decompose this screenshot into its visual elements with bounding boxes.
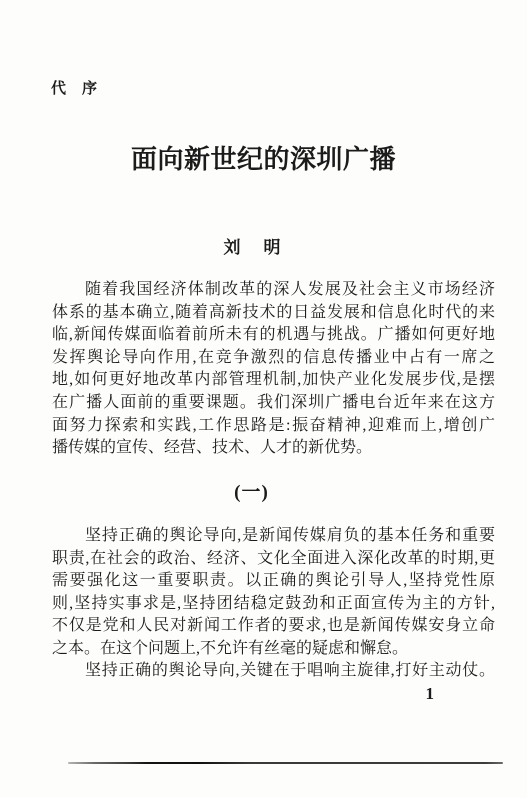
text-line: 需要强化这一重要职责。以正确的舆论引导人,坚持党性原: [52, 570, 495, 593]
text-line: 随着我国经济体制改革的深人发展及社会主义市场经济: [52, 279, 495, 302]
paragraph-3: 坚持正确的舆论导向,关键在于唱响主旋律,打好主动仗。: [52, 660, 495, 683]
page-title: 面向新世纪的深圳广播: [0, 139, 527, 176]
text-line: 在广播人面前的重要课题。我们深圳广播电台近年来在这方: [52, 392, 495, 415]
text-line: 播传媒的宣传、经营、技术、人才的新优势。: [52, 437, 495, 460]
text-line: 地,如何更好地改革内部管理机制,加快产业化发展步伐,是摆: [52, 369, 495, 392]
text-line: 坚持正确的舆论导向,是新闻传媒肩负的基本任务和重要: [52, 525, 495, 548]
paragraph-1: 随着我国经济体制改革的深人发展及社会主义市场经济体系的基本确立,随着高新技术的日…: [52, 279, 495, 460]
text-line: 坚持正确的舆论导向,关键在于唱响主旋律,打好主动仗。: [52, 660, 495, 683]
author-name: 刘 明: [52, 233, 495, 258]
text-line: 体系的基本确立,随着高新技术的日益发展和信息化时代的来: [52, 302, 495, 325]
text-line: 则,坚持实事求是,坚持团结稳定鼓劲和正面宣传为主的方针,: [52, 593, 495, 616]
paragraph-2: 坚持正确的舆论导向,是新闻传媒肩负的基本任务和重要职责,在社会的政治、经济、文化…: [52, 525, 495, 661]
text-line: 职责,在社会的政治、经济、文化全面进入深化改革的时期,更: [52, 548, 495, 571]
footer-rule: [68, 762, 503, 764]
section-marker: (一): [52, 477, 495, 504]
text-line: 不仅是党和人民对新闻工作者的要求,也是新闻传媒安身立命: [52, 615, 495, 638]
text-line: 临,新闻传媒面临着前所未有的机遇与挑战。广播如何更好地: [52, 324, 495, 347]
text-line: 面努力探索和实践,工作思路是:振奋精神,迎难而上,增创广: [52, 415, 495, 438]
text-line: 之本。在这个问题上,不允许有丝毫的疑虑和懈怠。: [52, 638, 495, 661]
scanned-book-page: 代 序 面向新世纪的深圳广播 刘 明 随着我国经济体制改革的深人发展及社会主义市…: [0, 0, 527, 798]
page-number: 1: [340, 684, 434, 704]
running-header: 代 序: [51, 77, 98, 98]
text-line: 发挥舆论导向作用,在竞争激烈的信息传播业中占有一席之: [52, 347, 495, 370]
